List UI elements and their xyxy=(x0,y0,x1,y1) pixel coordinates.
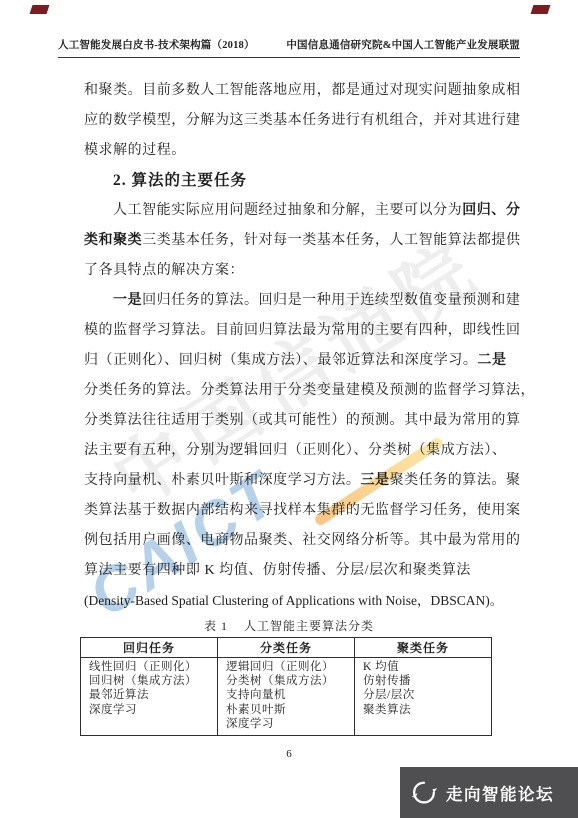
text-line: 归（正则化）、回归树（集成方法）、最邻近算法和深度学习。二是 xyxy=(84,346,522,376)
table-cell-line: 支持向量机 xyxy=(226,688,354,702)
text-line: 一是回归任务的算法。回归是一种用于连续型数值变量预测和建 xyxy=(84,286,522,316)
text-line: 类和聚类三类基本任务，针对每一类基本任务，人工智能算法都提供 xyxy=(84,226,522,256)
table-cell-line: 深度学习 xyxy=(226,717,354,731)
text-line: 分类算法往往适用于类别（或其可能性）的预测。其中最为常用的算 xyxy=(84,406,522,436)
dove-logo-icon xyxy=(409,778,439,808)
table-cell-line: K 均值 xyxy=(363,660,491,674)
text-line: 模的监督学习算法。目前回归算法最为常用的主要有四种，即线性回 xyxy=(84,316,522,346)
table-caption: 表 1人工智能主要算法分类 xyxy=(0,617,578,634)
table-cell-line: 线性回归（正则化） xyxy=(89,660,217,674)
table-header-row: 回归任务 分类任务 聚类任务 xyxy=(81,638,492,658)
text-line: 了各具特点的解决方案： xyxy=(84,256,522,286)
table-cell-line: 仿射传播 xyxy=(363,674,491,688)
brand-watermark-band: 走向智能论坛 xyxy=(400,767,578,818)
table-cell-line: 分类树（集成方法） xyxy=(226,674,354,688)
document-page: 人工智能发展白皮书-技术架构篇（2018） 中国信息通信研究院&中国人工智能产业… xyxy=(0,0,578,818)
table-cell-line: 分层/层次 xyxy=(363,688,491,702)
section-heading: 2. 算法的主要任务 xyxy=(84,166,522,196)
table-cell-line: 逻辑回归（正则化） xyxy=(226,660,354,674)
table-header-regression: 回归任务 xyxy=(81,638,218,658)
table-cell-line: 朴素贝叶斯 xyxy=(226,703,354,717)
table-caption-label: 表 1 xyxy=(204,619,228,633)
text-line: 类算法基于数据内部结构来寻找样本集群的无监督学习任务，使用案 xyxy=(84,496,522,526)
text-line: 应的数学模型，分解为这三类基本任务进行有机组合，并对其进行建 xyxy=(84,106,522,136)
corner-mark-right-icon xyxy=(531,5,551,14)
table-cell-line: 回归树（集成方法） xyxy=(89,674,217,688)
table-header-clustering: 聚类任务 xyxy=(355,638,492,658)
table-cell-line: 聚类算法 xyxy=(363,703,491,717)
table-body-row: 线性回归（正则化）回归树（集成方法）最邻近算法深度学习 逻辑回归（正则化）分类树… xyxy=(81,658,492,736)
text-line: 和聚类。目前多数人工智能落地应用，都是通过对现实问题抽象成相 xyxy=(84,76,522,106)
table-cell-clustering: K 均值仿射传播分层/层次聚类算法 xyxy=(355,658,492,736)
text-line: 算法主要有四种即 K 均值、仿射传播、分层/层次和聚类算法 xyxy=(84,556,522,586)
text-line: (Density-Based Spatial Clustering of App… xyxy=(84,586,522,616)
table-header-classification: 分类任务 xyxy=(218,638,355,658)
text-line: 例包括用户画像、电商物品聚类、社交网络分析等。其中最为常用的 xyxy=(84,526,522,556)
text-line: 人工智能实际应用问题经过抽象和分解，主要可以分为回归、分 xyxy=(84,196,522,226)
body-text: 和聚类。目前多数人工智能落地应用，都是通过对现实问题抽象成相应的数学模型，分解为… xyxy=(84,76,522,616)
table-cell-regression: 线性回归（正则化）回归树（集成方法）最邻近算法深度学习 xyxy=(81,658,218,736)
text-line: 法主要有五种，分别为逻辑回归（正则化）、分类树（集成方法）、 xyxy=(84,436,522,466)
table-cell-line: 深度学习 xyxy=(89,703,217,717)
algorithm-table: 回归任务 分类任务 聚类任务 线性回归（正则化）回归树（集成方法）最邻近算法深度… xyxy=(80,637,492,736)
text-line: 模求解的过程。 xyxy=(84,136,522,166)
text-line: 分类任务的算法。分类算法用于分类变量建模及预测的监督学习算法， xyxy=(84,376,522,406)
table-cell-classification: 逻辑回归（正则化）分类树（集成方法）支持向量机朴素贝叶斯深度学习 xyxy=(218,658,355,736)
text-line: 支持向量机、朴素贝叶斯和深度学习方法。三是聚类任务的算法。聚 xyxy=(84,466,522,496)
page-number: 6 xyxy=(0,748,578,760)
corner-mark-left-icon xyxy=(30,5,50,14)
brand-label: 走向智能论坛 xyxy=(446,781,554,805)
table-cell-line: 最邻近算法 xyxy=(89,688,217,702)
header-title-left: 人工智能发展白皮书-技术架构篇（2018） xyxy=(58,37,255,52)
page-header: 人工智能发展白皮书-技术架构篇（2018） 中国信息通信研究院&中国人工智能产业… xyxy=(58,36,520,58)
header-title-right: 中国信息通信研究院&中国人工智能产业发展联盟 xyxy=(286,37,520,52)
table-caption-title: 人工智能主要算法分类 xyxy=(244,619,374,633)
